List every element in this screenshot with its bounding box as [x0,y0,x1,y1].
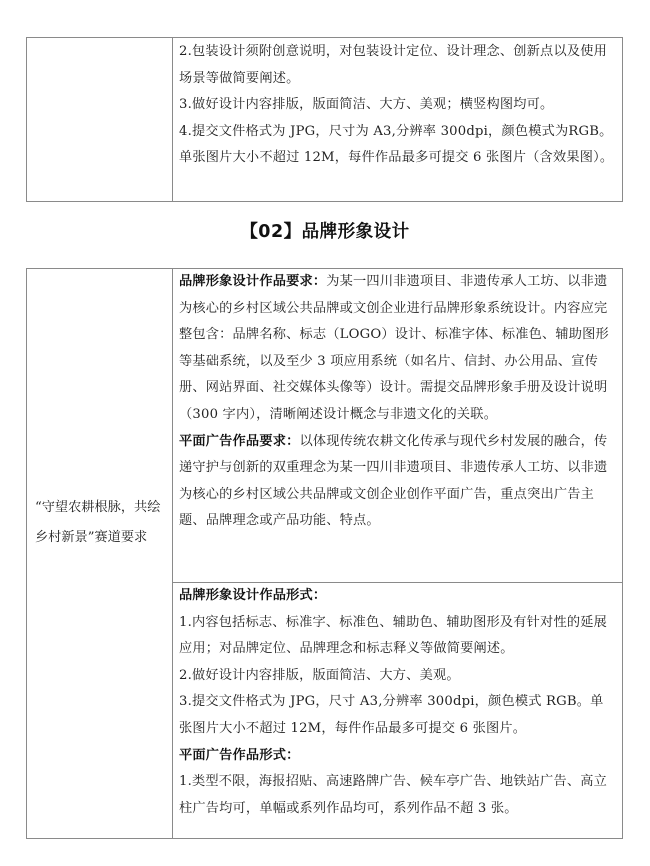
brand-form-item-1: 1.内容包括标志、标准字、标准色、辅助色、辅助图形及有针对性的延展应用；对品牌定… [179,610,616,663]
table1-right-cell: 2.包装设计须附创意说明，对包装设计定位、设计理念、创新点以及使用场景等做简要阐… [173,38,622,201]
packaging-item-2: 2.包装设计须附创意说明，对包装设计定位、设计理念、创新点以及使用场景等做简要阐… [179,39,616,92]
ad-requirements-label: 平面广告作品要求： [179,434,300,449]
table2-right-col: 品牌形象设计作品要求：为某一四川非遗项目、非遗传承人工坊、以非遗为核心的乡村区域… [173,269,622,838]
track-requirements-label: “守望农耕根脉，共绘乡村新景”赛道要求 [35,493,164,553]
requirements-cell: 品牌形象设计作品要求：为某一四川非遗项目、非遗传承人工坊、以非遗为核心的乡村区域… [173,269,622,582]
brand-form-label: 品牌形象设计作品形式： [179,583,616,610]
packaging-item-4: 4.提交文件格式为 JPG，尺寸为 A3,分辨率 300dpi，颜色模式为RGB… [179,119,616,172]
brand-design-table: “守望农耕根脉，共绘乡村新景”赛道要求 品牌形象设计作品要求：为某一四川非遗项目… [26,268,623,839]
brand-form-item-3: 3.提交文件格式为 JPG，尺寸 A3,分辨率 300dpi，颜色模式 RGB。… [179,689,616,742]
table1-left-cell [27,38,173,201]
section-heading: 【02】品牌形象设计 [0,218,650,243]
brand-form-item-2: 2.做好设计内容排版，版面简洁、大方、美观。 [179,663,616,690]
ad-form-label: 平面广告作品形式： [179,743,616,770]
packaging-item-3: 3.做好设计内容排版，版面简洁、大方、美观；横竖构图均可。 [179,92,616,119]
ad-requirements-paragraph: 平面广告作品要求：以体现传统农耕文化传承与现代乡村发展的融合，传递守护与创新的双… [179,429,616,535]
table2-left-cell: “守望农耕根脉，共绘乡村新景”赛道要求 [27,269,173,838]
packaging-requirements-table: 2.包装设计须附创意说明，对包装设计定位、设计理念、创新点以及使用场景等做简要阐… [26,37,623,202]
brand-requirements-paragraph: 品牌形象设计作品要求：为某一四川非遗项目、非遗传承人工坊、以非遗为核心的乡村区域… [179,269,616,429]
brand-requirements-text: 为某一四川非遗项目、非遗传承人工坊、以非遗为核心的乡村区域公共品牌或文创企业进行… [179,274,609,422]
ad-form-item-1: 1.类型不限，海报招贴、高速路牌广告、候车亭广告、地铁站广告、高立柱广告均可，单… [179,769,616,822]
brand-requirements-label: 品牌形象设计作品要求： [179,274,326,289]
forms-cell: 品牌形象设计作品形式： 1.内容包括标志、标准字、标准色、辅助色、辅助图形及有针… [173,582,622,838]
